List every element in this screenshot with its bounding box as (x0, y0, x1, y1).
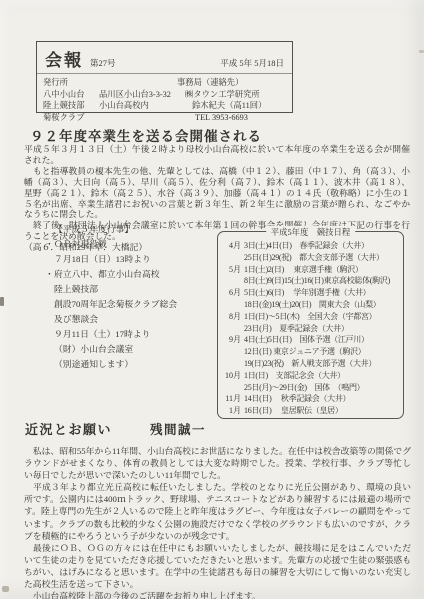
office-lines: ㈱タウン工学研究所 鈴木紀夫（高11回） TEL 3953-6693 (177, 89, 266, 124)
schedule-entry: 1日(日) 支部記念会（大井） (241, 370, 345, 382)
events-list: ・ ＯＢ対現役戦 ７月18日（日）13時より ・ 府立八中、都立小山台高校 陸上… (45, 237, 210, 372)
event-bullet: ・ (45, 237, 54, 252)
article2-paragraph: 小山台高校陸上部の今後のご活躍をお祈り申し上げます。 (24, 590, 411, 599)
schedule-month: 8月 (220, 311, 241, 323)
schedule-row: 25日(日)29(祝) 都大会支部予選（大井） (220, 252, 401, 264)
event-item: （財）小山台会議室 (45, 342, 210, 357)
schedule-entry: 5日(土)6(日) 学年別選手権（大井） (241, 287, 370, 299)
event-text: ９月11日（土）17時より (54, 327, 150, 342)
schedule-row: 10月 1日(日) 支部記念会（大井） (220, 370, 401, 382)
schedule-row: 5月 1日(土)2(日) 東京選手権（駒沢） (220, 264, 401, 276)
event-bullet (45, 327, 54, 342)
schedule-row: 25日(月)～29日(金) 国体 （鳴門） (220, 382, 401, 394)
office-label: 事務局（連絡先） (177, 77, 266, 89)
bulletin-title: 会報 (45, 46, 83, 71)
article2-heading-row: 近況とお願い 残間誠一 (25, 419, 206, 438)
event-item: ７月18日（日）13時より (45, 252, 210, 267)
schedule-month (220, 358, 241, 370)
event-item: 及び懇談会 (45, 312, 210, 327)
publisher-name: 八中小山台 (43, 89, 99, 101)
schedule-entry: 16日(日) 皇居駅伝（皇居） (241, 405, 343, 417)
article2-paragraph: 私は、昭和55年から11年間、小山台高校にお世話になりました。在任中は校舎改築等… (24, 445, 411, 481)
event-text: 創設70周年記念菊桜クラブ総会 (54, 297, 177, 312)
publisher-address: 小山台高校内 (99, 100, 149, 112)
event-bullet (45, 342, 54, 357)
schedule-entry: 23日(月) 夏季記録会（大井） (241, 323, 349, 335)
schedule-entry: 25日(月)～29日(金) 国体 （鳴門） (241, 382, 364, 394)
newsletter-page: 会報 第27号 平成 5年 5月18日 発行所 八中小山台 品川区小山台3-3-… (0, 0, 424, 599)
schedule-month: 1月 (220, 405, 241, 417)
masthead-title-row: 会報 第27号 平成 5年 5月18日 (37, 42, 292, 74)
schedule-row: 19(日)23(祝) 新人戦支部予選（大井） (220, 358, 401, 370)
schedule-row: 4月 3日(土)4日(日) 春季記録会（大井） (220, 240, 401, 252)
article1-headline: ９２年度卒業生を送る会開催される (30, 125, 262, 145)
office-line: ㈱タウン工学研究所 (177, 89, 266, 101)
schedule-entry: 1日(日)～5日(木) 全国大会（宇都宮） (241, 311, 376, 323)
schedule-row: 12日(日) 東京ジュニア予選（駒沢） (220, 346, 401, 358)
scan-artifact (0, 297, 4, 306)
article2-heading: 近況とお願い (25, 419, 112, 438)
publisher-address: 品川区小山台3-3-32 (99, 89, 171, 101)
schedule-entry: 12日(日) 東京ジュニア予選（駒沢） (241, 346, 365, 358)
schedule-title: 平成5年度 競技日程 (266, 226, 356, 238)
event-text: 及び懇談会 (54, 312, 98, 327)
schedule-row: 18日(金)19(土)20(日) 関東大会（山梨） (220, 299, 401, 311)
schedule-month (220, 382, 241, 394)
office-line: 鈴木紀夫（高11回） (177, 100, 266, 112)
schedule-month: 5月 (220, 264, 241, 276)
schedule-month: 6月 (220, 287, 241, 299)
event-text: 陸上競技部 (54, 282, 98, 297)
article1-paragraph: 平成５年３月１３日（土）午後２時より母校小山台高校に於いて本年度の卒業生を送る会… (24, 144, 410, 166)
event-item: 陸上競技部 (45, 282, 210, 297)
schedule-row: 1月 16日(日) 皇居駅伝（皇居） (220, 405, 401, 417)
schedule-month (220, 346, 241, 358)
event-item: ・ 府立八中、都立小山台高校 (45, 267, 210, 282)
article2-body: 私は、昭和55年から11年間、小山台高校にお世話になりました。在任中は校舎改築等… (24, 445, 411, 599)
schedule-entry: 3日(土)4日(日) 春季記録会（大井） (241, 240, 369, 252)
publisher-name: 菊桜クラブ (43, 112, 99, 124)
scan-artifact (419, 50, 424, 53)
event-text: ７月18日（日）13時より (54, 252, 151, 267)
event-bullet (45, 282, 54, 297)
event-bullet: ・ (45, 267, 54, 282)
schedule-month: 9月 (220, 334, 241, 346)
schedule-entry: 8日(土)9(日)15(土)16(日)東京高校総体(駒沢) (241, 275, 390, 287)
schedule-entry: 4日(土)5日(日) 国体予選（江戸川） (241, 334, 369, 346)
event-item: ・ ＯＢ対現役戦 (45, 237, 210, 252)
event-bullet (45, 297, 54, 312)
schedule-entry: 18日(金)19(土)20(日) 関東大会（山梨） (241, 299, 380, 311)
schedule-rows: 4月 3日(土)4日(日) 春季記録会（大井） 25日(日)29(祝) 都大会支… (218, 232, 403, 417)
article2-paragraph: 最後にＯＢ、ＯＧの方々には在任中にもお願いいたしましたが、競技場に足をはこんでい… (24, 542, 411, 590)
issue-date: 平成 5年 5月18日 (220, 57, 284, 69)
event-text: ＯＢ対現役戦 (54, 237, 107, 252)
office-line: TEL 3953-6693 (177, 112, 266, 124)
event-item: （別途通知します） (45, 357, 210, 372)
schedule-entry: 19(日)23(祝) 新人戦支部予選（大井） (241, 358, 376, 370)
schedule-month (220, 275, 241, 287)
schedule-month: 11月 (220, 393, 241, 405)
event-bullet (45, 252, 54, 267)
article2-paragraph: 平成３年より都立光丘高校に転任いたしました。学校のとなりに光丘公園があり、環境の… (24, 481, 411, 541)
article1-paragraph: もと指導教員の榎本先生の他、先輩としては、高橋（中１２）、藤田（中１７）、角（高… (24, 166, 410, 221)
schedule-entry: 14日(日) 秋季記録会（大井） (241, 393, 350, 405)
schedule-month: 4月 (220, 240, 241, 252)
event-item: 創設70周年記念菊桜クラブ総会 (45, 297, 210, 312)
event-text: （財）小山台会議室 (54, 342, 133, 357)
schedule-row: 9月 4日(土)5日(日) 国体予選（江戸川） (220, 334, 401, 346)
event-bullet (45, 312, 54, 327)
schedule-entry: 25日(日)29(祝) 都大会支部予選（大井） (241, 252, 384, 264)
schedule-month (220, 252, 241, 264)
schedule-row: 8日(土)9(日)15(土)16(日)東京高校総体(駒沢) (220, 275, 401, 287)
schedule-month (220, 299, 241, 311)
office-block: 事務局（連絡先） ㈱タウン工学研究所 鈴木紀夫（高11回） TEL 3953-6… (177, 77, 266, 123)
events-heading: 【平成５年度行事】 (45, 222, 210, 237)
schedule-box: 平成5年度 競技日程 4月 3日(土)4日(日) 春季記録会（大井） 25日(日… (217, 231, 404, 419)
event-item: ９月11日（土）17時より (45, 327, 210, 342)
schedule-row: 6月 5日(土)6(日) 学年別選手権（大井） (220, 287, 401, 299)
schedule-row: 11月 14日(日) 秋季記録会（大井） (220, 393, 401, 405)
event-text: （別途通知します） (54, 357, 133, 372)
schedule-row: 23日(月) 夏季記録会（大井） (220, 323, 401, 335)
schedule-row: 8月 1日(日)～5日(木) 全国大会（宇都宮） (220, 311, 401, 323)
schedule-entry: 1日(土)2(日) 東京選手権（駒沢） (241, 264, 363, 276)
publisher-name: 陸上競技部 (43, 100, 99, 112)
event-bullet (45, 357, 54, 372)
scan-artifact (2, 586, 9, 592)
issue-number: 第27号 (90, 57, 116, 69)
schedule-month (220, 323, 241, 335)
event-text: 府立八中、都立小山台高校 (54, 267, 160, 282)
schedule-month: 10月 (220, 370, 241, 382)
masthead-body: 発行所 八中小山台 品川区小山台3-3-32 陸上競技部 小山台高校内 (37, 74, 292, 123)
article2-author: 残間誠一 (150, 420, 206, 438)
events-column: 【平成５年度行事】 ・ ＯＢ対現役戦 ７月18日（日）13時より ・ 府立八中、… (45, 222, 210, 372)
masthead-box: 会報 第27号 平成 5年 5月18日 発行所 八中小山台 品川区小山台3-3-… (36, 41, 293, 113)
